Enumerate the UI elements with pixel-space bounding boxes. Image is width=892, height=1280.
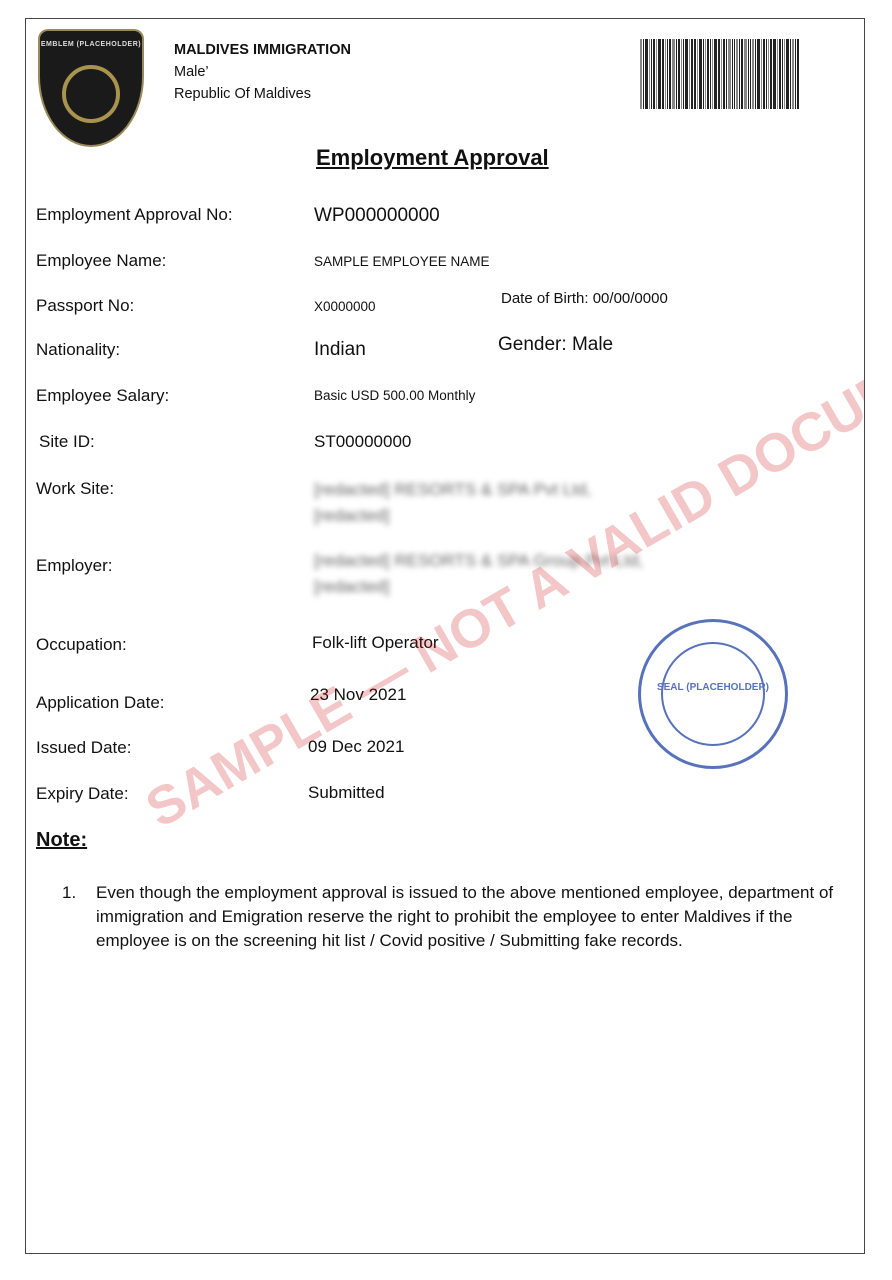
barcode-bar xyxy=(703,39,704,109)
barcode-bar xyxy=(790,39,791,109)
barcode-bar xyxy=(672,39,675,109)
barcode-bar xyxy=(714,39,717,109)
seal-icon: SEAL (PLACEHOLDER) xyxy=(638,619,788,769)
field-label: Employment Approval No: xyxy=(36,205,233,225)
issuer-country: Republic Of Maldives xyxy=(174,83,351,105)
barcode-bar xyxy=(712,39,713,109)
barcode-bar xyxy=(683,39,684,109)
barcode-bar xyxy=(653,39,655,109)
note-number: 1. xyxy=(62,881,76,905)
document-page: EMBLEM (PLACEHOLDER) MALDIVES IMMIGRATIO… xyxy=(25,18,865,1254)
seal-inner-ring xyxy=(661,642,765,746)
barcode-bar xyxy=(734,39,735,109)
barcode-bar xyxy=(643,39,644,109)
field-label: Employee Salary: xyxy=(36,386,169,406)
field-value: SAMPLE EMPLOYEE NAME xyxy=(314,254,490,269)
barcode-bar xyxy=(669,39,671,109)
barcode-bar xyxy=(691,39,693,109)
barcode-bar xyxy=(662,39,664,109)
emblem-icon: EMBLEM (PLACEHOLDER) xyxy=(38,29,144,147)
barcode-bar xyxy=(750,39,751,109)
field-label: Site ID: xyxy=(39,432,95,452)
field-label: Application Date: xyxy=(36,693,165,713)
seal-label: SEAL (PLACEHOLDER) xyxy=(641,682,785,693)
field-label: Occupation: xyxy=(36,635,127,655)
barcode-bar xyxy=(699,39,702,109)
field-label: Passport No: xyxy=(36,296,134,316)
barcode-bar xyxy=(752,39,754,109)
field-dob: Date of Birth: 00/00/0000 xyxy=(501,290,668,307)
document-title: Employment Approval xyxy=(316,145,549,171)
barcode-bar xyxy=(728,39,731,109)
barcode-bar xyxy=(797,39,799,109)
barcode-bar xyxy=(723,39,725,109)
issuer-name: MALDIVES IMMIGRATION xyxy=(174,39,351,61)
barcode-bar xyxy=(685,39,688,109)
barcode-bar xyxy=(757,39,760,109)
barcode-bar xyxy=(694,39,696,109)
field-value: X0000000 xyxy=(314,299,376,314)
barcode-bar xyxy=(640,39,642,109)
field-value-redacted: [redacted] RESORTS & SPA Group Pvt Ltd, … xyxy=(314,548,684,600)
field-value: 09 Dec 2021 xyxy=(308,737,404,757)
field-label: Employee Name: xyxy=(36,251,166,271)
barcode-bar xyxy=(707,39,709,109)
barcode-bar xyxy=(658,39,661,109)
field-label: Employer: xyxy=(36,556,113,576)
barcode-bar xyxy=(779,39,781,109)
barcode-bar xyxy=(721,39,722,109)
barcode-bar xyxy=(782,39,783,109)
barcode-icon xyxy=(640,39,858,109)
barcode-bar xyxy=(651,39,652,109)
field-value: ST00000000 xyxy=(314,432,411,452)
field-label: Work Site: xyxy=(36,479,114,499)
barcode-bar xyxy=(761,39,762,109)
field-value: Indian xyxy=(314,339,366,361)
field-label: Gender: xyxy=(498,334,567,355)
barcode-bar xyxy=(770,39,772,109)
field-value: Male xyxy=(572,334,613,355)
barcode-bar xyxy=(748,39,749,109)
barcode-bar xyxy=(732,39,733,109)
emblem-label: EMBLEM (PLACEHOLDER) xyxy=(40,41,142,48)
barcode-bar xyxy=(665,39,666,109)
note-item: 1. Even though the employment approval i… xyxy=(62,881,852,953)
barcode-bar xyxy=(705,39,706,109)
field-value: 00/00/0000 xyxy=(593,290,668,307)
field-value: 23 Nov 2021 xyxy=(310,685,406,705)
barcode-bar xyxy=(645,39,648,109)
barcode-bar xyxy=(678,39,680,109)
barcode-bar xyxy=(744,39,747,109)
barcode-bar xyxy=(676,39,677,109)
field-value: WP000000000 xyxy=(314,205,440,227)
barcode-bar xyxy=(755,39,756,109)
field-value: Folk-lift Operator xyxy=(312,633,439,653)
barcode-bar xyxy=(710,39,711,109)
barcode-bar xyxy=(763,39,765,109)
issuer-block: MALDIVES IMMIGRATION Male’ Republic Of M… xyxy=(174,39,351,105)
barcode-bar xyxy=(773,39,776,109)
barcode-bar xyxy=(649,39,650,109)
field-label: Nationality: xyxy=(36,340,120,360)
barcode-bar xyxy=(766,39,767,109)
barcode-bar xyxy=(786,39,789,109)
barcode-bar xyxy=(792,39,794,109)
field-gender: Gender: Male xyxy=(498,334,613,356)
issuer-city: Male’ xyxy=(174,61,351,83)
field-value: Submitted xyxy=(308,783,385,803)
barcode-bar xyxy=(697,39,698,109)
barcode-bar xyxy=(667,39,668,109)
field-label: Date of Birth: xyxy=(501,290,589,307)
field-value-redacted: [redacted] RESORTS & SPA Pvt Ltd, [redac… xyxy=(314,477,634,529)
barcode-bar xyxy=(726,39,727,109)
barcode-bar xyxy=(777,39,778,109)
barcode-bar xyxy=(736,39,738,109)
barcode-bar xyxy=(768,39,769,109)
barcode-bar xyxy=(681,39,682,109)
barcode-bar xyxy=(739,39,740,109)
note-text: Even though the employment approval is i… xyxy=(96,881,852,953)
field-value: Basic USD 500.00 Monthly xyxy=(314,388,475,403)
barcode-bar xyxy=(656,39,657,109)
barcode-bar xyxy=(741,39,743,109)
barcode-bar xyxy=(784,39,785,109)
barcode-bar xyxy=(795,39,796,109)
field-label: Issued Date: xyxy=(36,738,131,758)
barcode-bar xyxy=(689,39,690,109)
note-title: Note: xyxy=(36,829,87,852)
field-label: Expiry Date: xyxy=(36,784,129,804)
emblem-ring xyxy=(62,65,120,123)
barcode-bar xyxy=(718,39,720,109)
